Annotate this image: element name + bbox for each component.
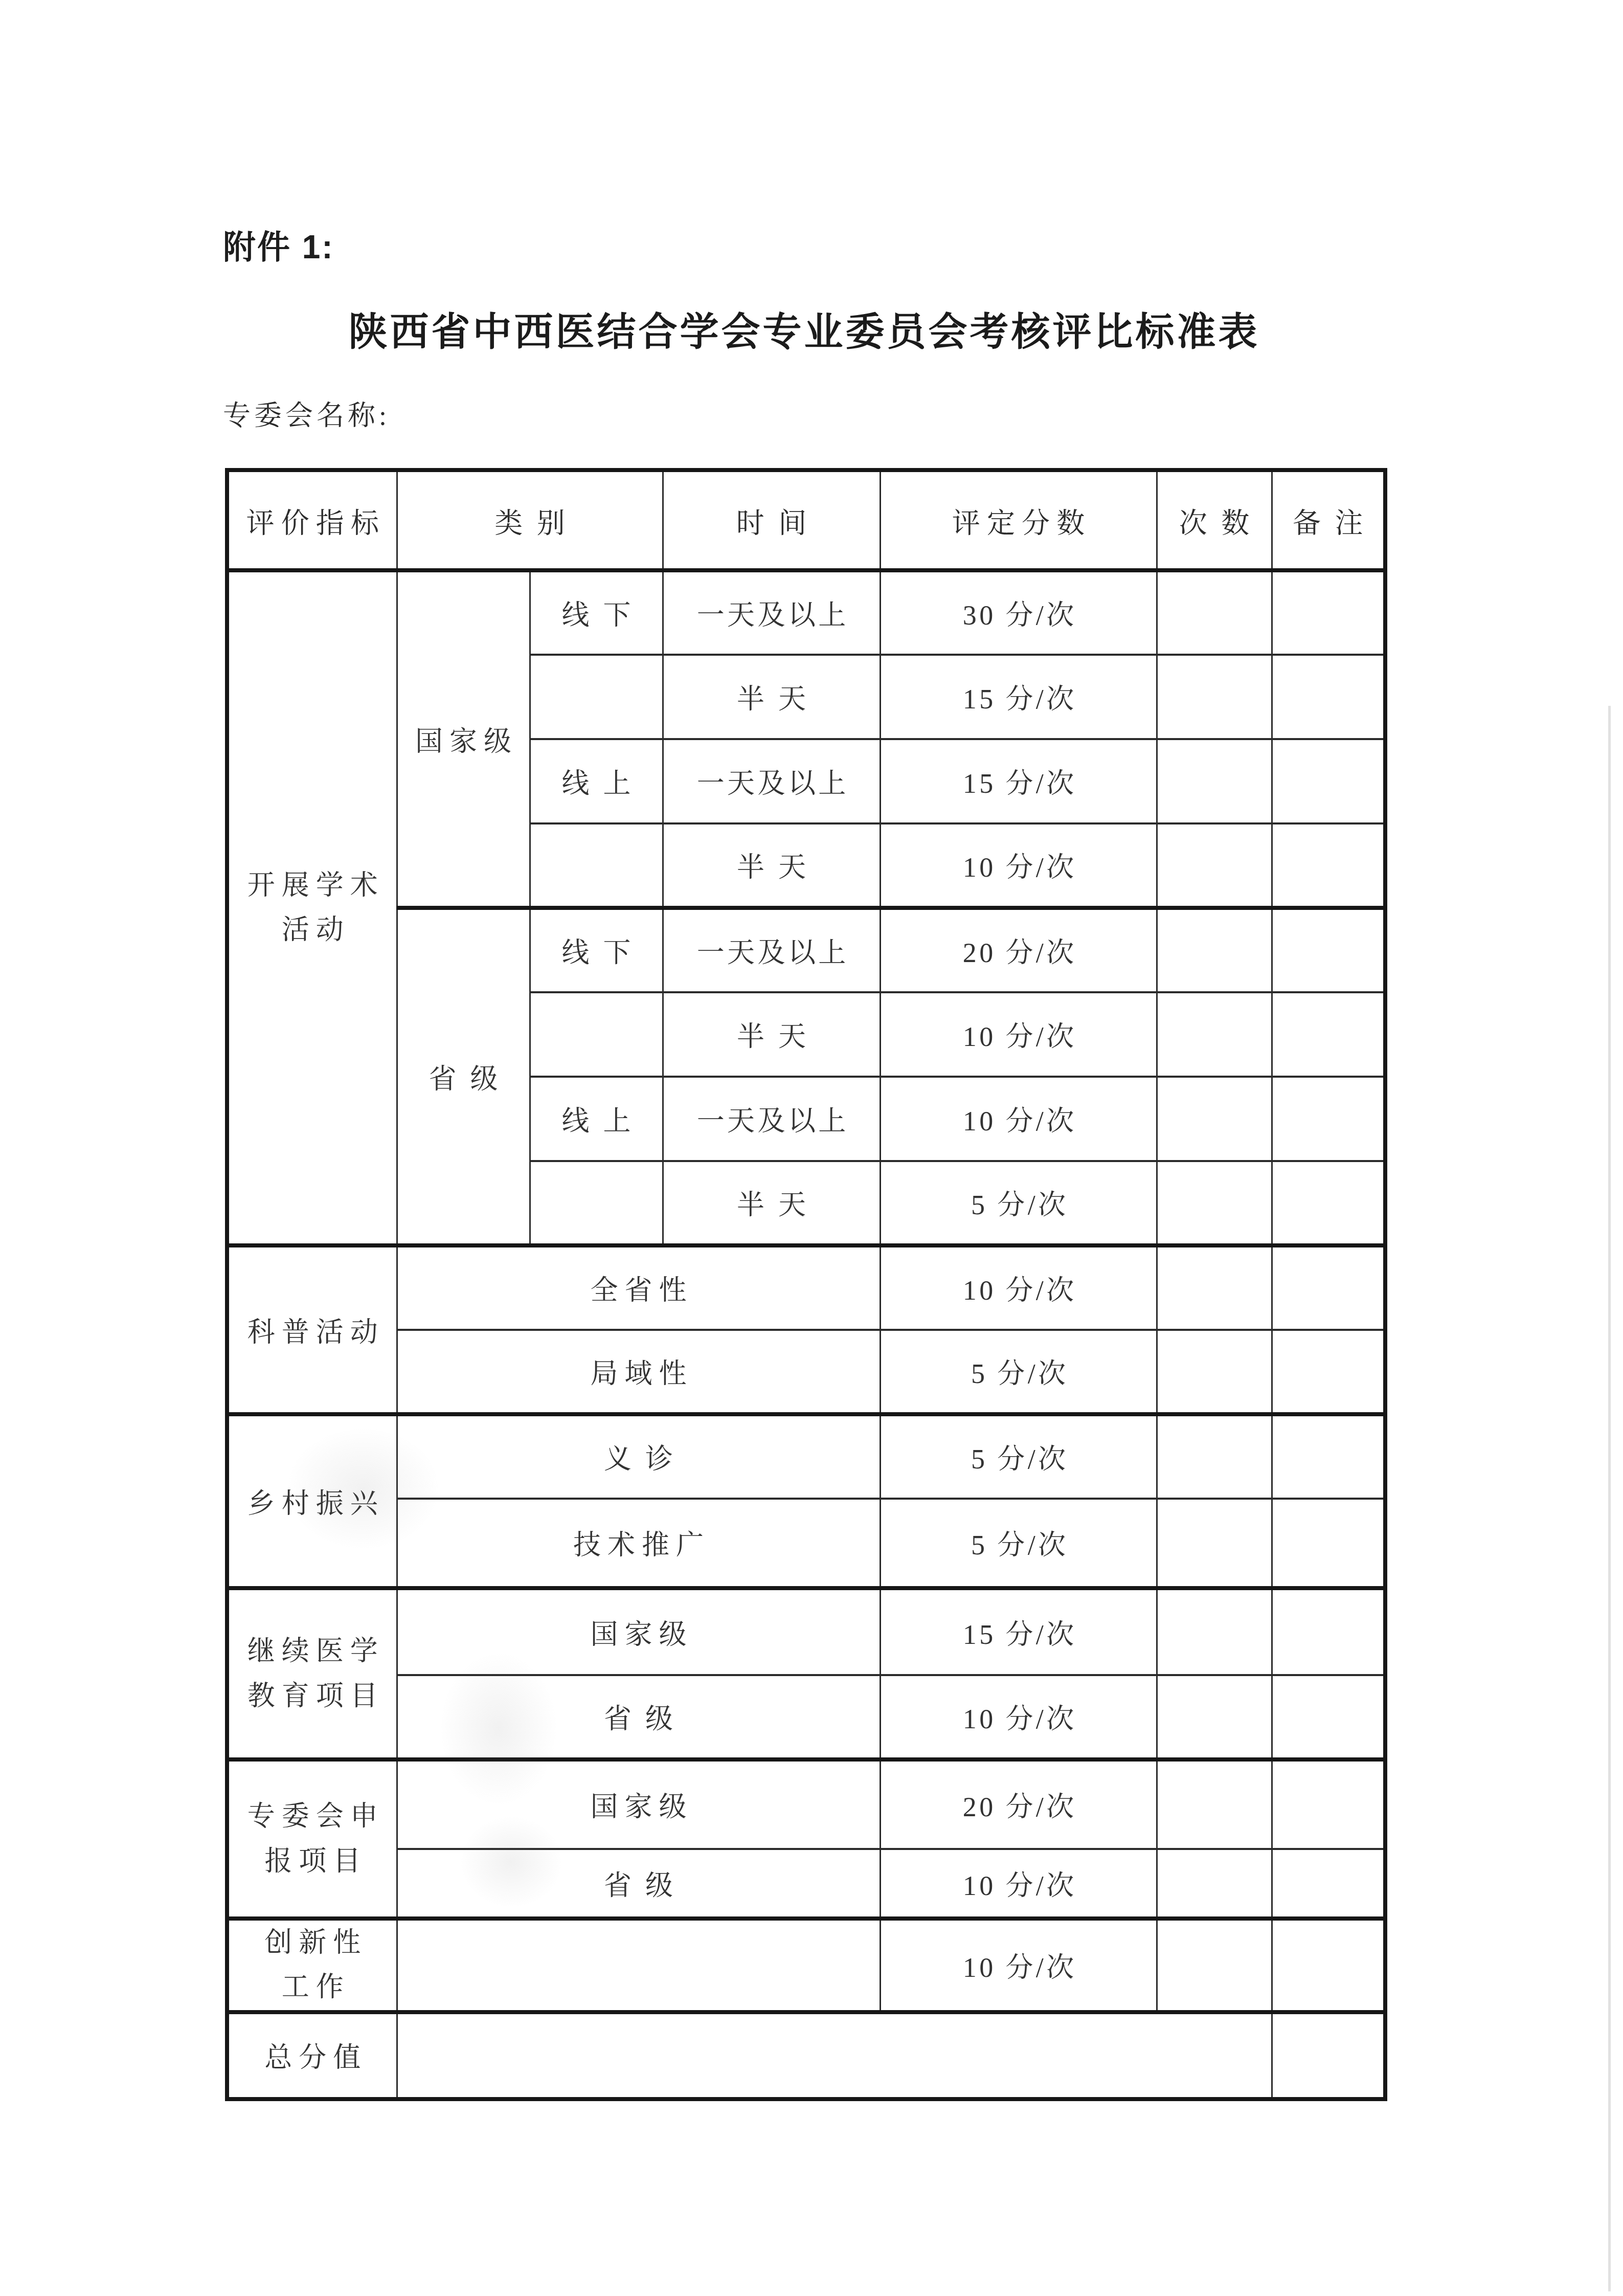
header-time: 时间: [663, 470, 880, 570]
header-indicator: 评价指标: [227, 470, 397, 570]
category-cell: [397, 1919, 880, 2012]
table-row: 继续医学教育项目 国家级 15 分/次: [227, 1588, 1385, 1675]
mode-cell: 线上: [530, 1077, 663, 1161]
assessment-table: 评价指标 类别 时间 评定分数 次数 备注 开展学术活动 国家级 线下 一天及以…: [225, 468, 1387, 2101]
category-cell: 局域性: [397, 1330, 880, 1414]
count-cell: [1157, 739, 1272, 823]
count-cell: [1157, 992, 1272, 1077]
score-cell: 10 分/次: [880, 1675, 1157, 1759]
time-cell: 半天: [663, 992, 880, 1077]
note-cell: [1272, 908, 1385, 992]
note-cell: [1272, 1330, 1385, 1414]
count-cell: [1157, 908, 1272, 992]
scan-smudge: [440, 1652, 557, 1805]
time-cell: 一天及以上: [663, 1077, 880, 1161]
time-cell: 一天及以上: [663, 570, 880, 655]
indicator-application: 专委会申报项目: [227, 1759, 397, 1919]
count-cell: [1157, 1675, 1272, 1759]
score-cell: 15 分/次: [880, 739, 1157, 823]
score-cell: 10 分/次: [880, 1077, 1157, 1161]
count-cell: [1157, 1414, 1272, 1499]
count-cell: [1157, 823, 1272, 908]
score-cell: 10 分/次: [880, 823, 1157, 908]
time-cell: 半天: [663, 823, 880, 908]
table-row: 省级 10 分/次: [227, 1675, 1385, 1759]
score-cell: 20 分/次: [880, 1759, 1157, 1849]
scan-smudge: [460, 1816, 562, 1908]
indicator-popsci: 科普活动: [227, 1245, 397, 1414]
mode-cell: [530, 823, 663, 908]
table-row: 省级 线下 一天及以上 20 分/次: [227, 908, 1385, 992]
table-row: 开展学术活动 国家级 线下 一天及以上 30 分/次: [227, 570, 1385, 655]
total-blank-cell: [397, 2012, 1272, 2099]
score-cell: 15 分/次: [880, 655, 1157, 739]
score-cell: 30 分/次: [880, 570, 1157, 655]
count-cell: [1157, 1077, 1272, 1161]
note-cell: [1272, 992, 1385, 1077]
count-cell: [1157, 655, 1272, 739]
indicator-total: 总分值: [227, 2012, 397, 2099]
category-cell: 全省性: [397, 1245, 880, 1330]
count-cell: [1157, 1245, 1272, 1330]
mode-cell: [530, 655, 663, 739]
table-row: 总分值: [227, 2012, 1385, 2099]
time-cell: 半天: [663, 655, 880, 739]
count-cell: [1157, 1588, 1272, 1675]
score-cell: 5 分/次: [880, 1414, 1157, 1499]
note-cell: [1272, 739, 1385, 823]
score-cell: 5 分/次: [880, 1330, 1157, 1414]
indicator-innovation: 创新性工作: [227, 1919, 397, 2012]
count-cell: [1157, 1499, 1272, 1588]
count-cell: [1157, 1759, 1272, 1849]
page-title: 陕西省中西医结合学会专业委员会考核评比标准表: [225, 301, 1383, 356]
note-cell: [1272, 1245, 1385, 1330]
header-category: 类别: [397, 470, 663, 570]
scan-edge-artifact: [1608, 706, 1611, 2291]
score-cell: 10 分/次: [880, 1919, 1157, 2012]
scan-smudge: [286, 1427, 440, 1550]
note-cell: [1272, 823, 1385, 908]
score-cell: 15 分/次: [880, 1588, 1157, 1675]
note-cell: [1272, 1499, 1385, 1588]
committee-name-label: 专委会名称:: [223, 394, 390, 433]
count-cell: [1157, 1161, 1272, 1245]
note-cell: [1272, 1588, 1385, 1675]
time-cell: 半天: [663, 1161, 880, 1245]
count-cell: [1157, 1330, 1272, 1414]
count-cell: [1157, 570, 1272, 655]
note-cell: [1272, 1849, 1385, 1919]
note-cell: [1272, 2012, 1385, 2099]
category-cell: 义诊: [397, 1414, 880, 1499]
count-cell: [1157, 1849, 1272, 1919]
score-cell: 20 分/次: [880, 908, 1157, 992]
table-row: 创新性工作 10 分/次: [227, 1919, 1385, 2012]
indicator-academic: 开展学术活动: [227, 570, 397, 1245]
note-cell: [1272, 1077, 1385, 1161]
mode-cell: 线下: [530, 908, 663, 992]
note-cell: [1272, 1675, 1385, 1759]
mode-cell: 线上: [530, 739, 663, 823]
score-cell: 10 分/次: [880, 1849, 1157, 1919]
table-row: 专委会申报项目 国家级 20 分/次: [227, 1759, 1385, 1849]
header-score: 评定分数: [880, 470, 1157, 570]
time-cell: 一天及以上: [663, 908, 880, 992]
mode-cell: [530, 992, 663, 1077]
note-cell: [1272, 1161, 1385, 1245]
score-cell: 5 分/次: [880, 1499, 1157, 1588]
note-cell: [1272, 1414, 1385, 1499]
table-row: 省级 10 分/次: [227, 1849, 1385, 1919]
score-cell: 5 分/次: [880, 1161, 1157, 1245]
indicator-cme: 继续医学教育项目: [227, 1588, 397, 1759]
mode-cell: 线下: [530, 570, 663, 655]
category-national-cell: 国家级: [397, 570, 530, 908]
category-provincial-cell: 省级: [397, 908, 530, 1245]
note-cell: [1272, 1919, 1385, 2012]
count-cell: [1157, 1919, 1272, 2012]
table-row: 局域性 5 分/次: [227, 1330, 1385, 1414]
table-row: 科普活动 全省性 10 分/次: [227, 1245, 1385, 1330]
note-cell: [1272, 1759, 1385, 1849]
header-count: 次数: [1157, 470, 1272, 570]
time-cell: 一天及以上: [663, 739, 880, 823]
attachment-label: 附件 1:: [223, 221, 334, 268]
category-cell: 技术推广: [397, 1499, 880, 1588]
mode-cell: [530, 1161, 663, 1245]
header-note: 备注: [1272, 470, 1385, 570]
note-cell: [1272, 570, 1385, 655]
score-cell: 10 分/次: [880, 992, 1157, 1077]
note-cell: [1272, 655, 1385, 739]
score-cell: 10 分/次: [880, 1245, 1157, 1330]
table-header-row: 评价指标 类别 时间 评定分数 次数 备注: [227, 470, 1385, 570]
